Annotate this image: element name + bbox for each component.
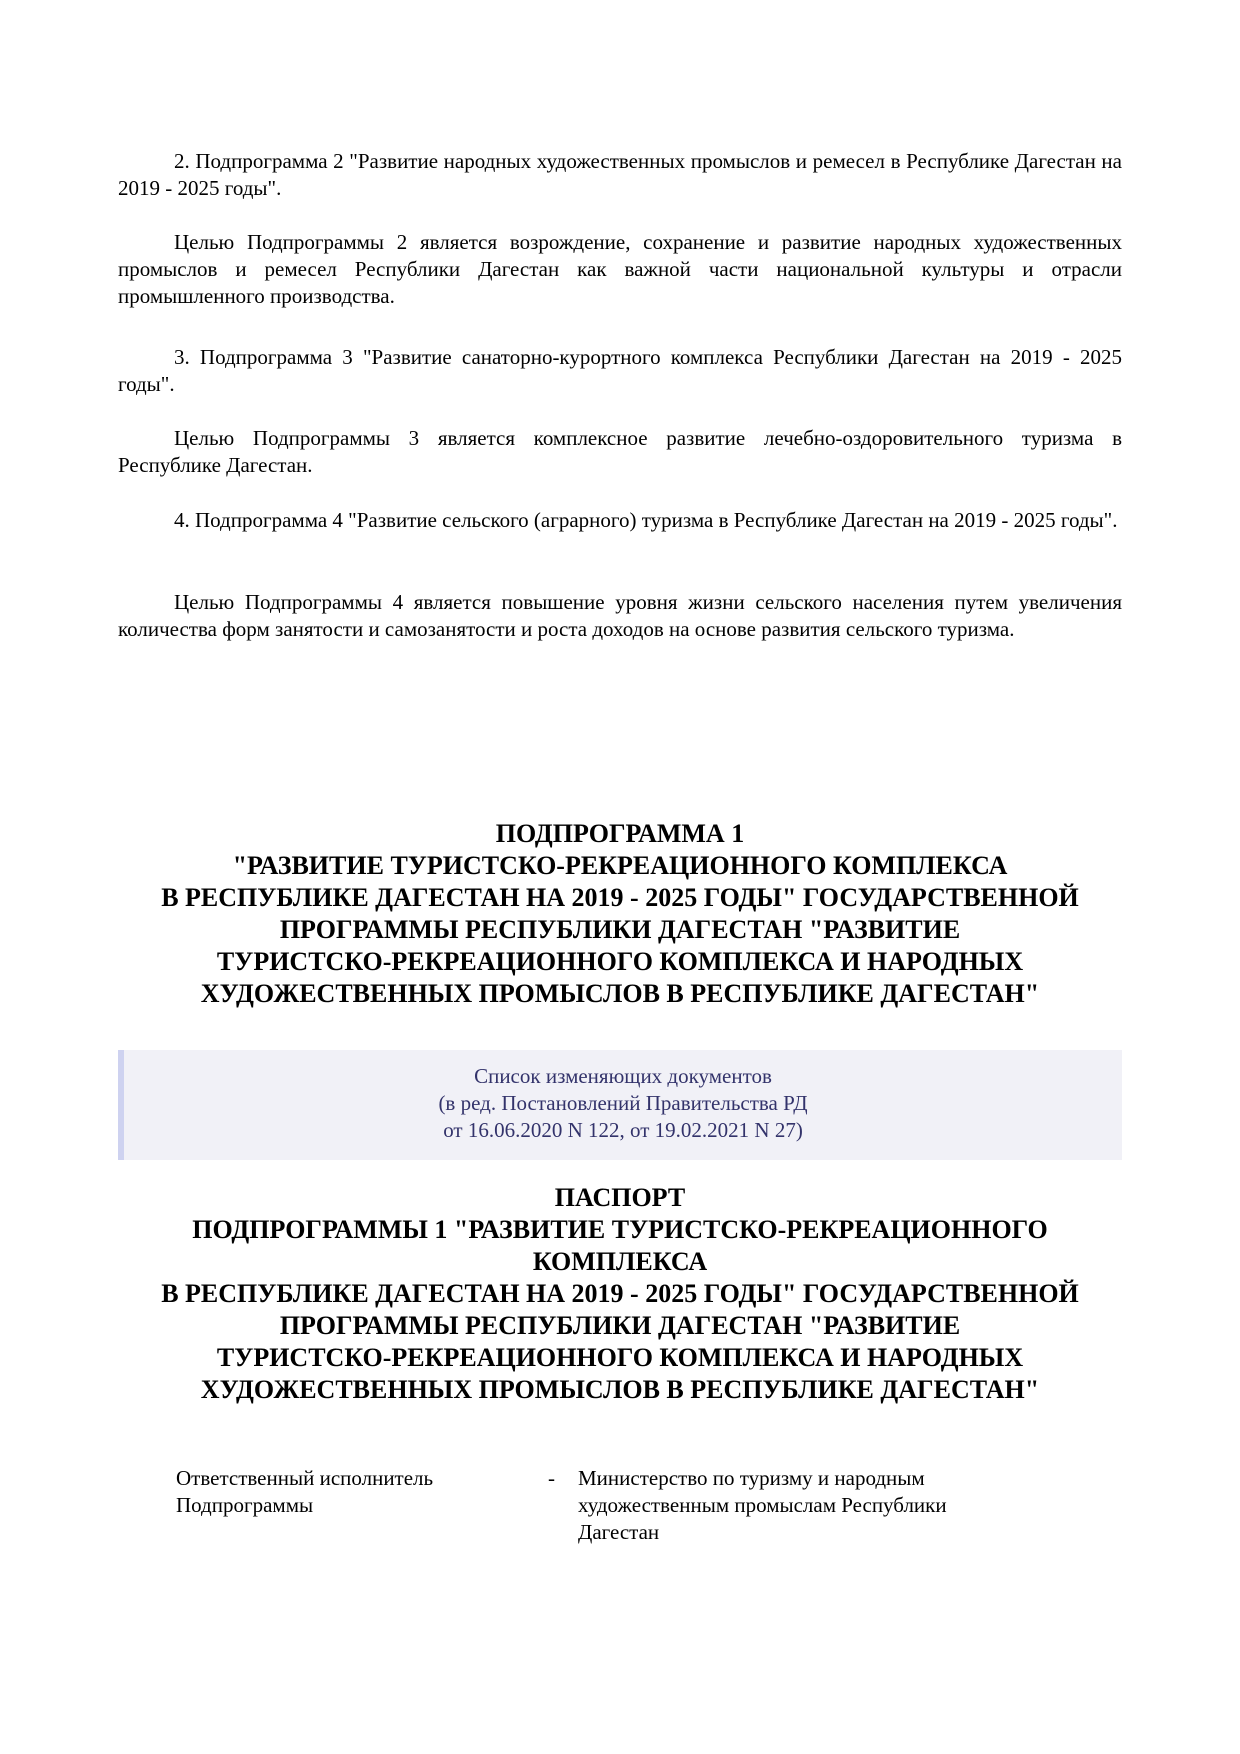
heading-line: ПРОГРАММЫ РЕСПУБЛИКИ ДАГЕСТАН "РАЗВИТИЕ xyxy=(118,914,1122,946)
passport-row-label: Ответственный исполнитель Подпрограммы xyxy=(176,1465,516,1519)
value-line: Министерство по туризму и народным xyxy=(578,1465,1058,1492)
heading-line: ХУДОЖЕСТВЕННЫХ ПРОМЫСЛОВ В РЕСПУБЛИКЕ ДА… xyxy=(118,978,1122,1010)
heading-line: ПОДПРОГРАММЫ 1 "РАЗВИТИЕ ТУРИСТСКО-РЕКРЕ… xyxy=(118,1214,1122,1246)
heading-line: В РЕСПУБЛИКЕ ДАГЕСТАН НА 2019 - 2025 ГОД… xyxy=(118,882,1122,914)
passport-heading: ПАСПОРТ ПОДПРОГРАММЫ 1 "РАЗВИТИЕ ТУРИСТС… xyxy=(118,1182,1122,1406)
amending-documents-title: Список изменяющих документов xyxy=(124,1063,1122,1090)
heading-line: КОМПЛЕКСА xyxy=(118,1246,1122,1278)
amending-documents-box: Список изменяющих документов (в ред. Пос… xyxy=(118,1050,1122,1160)
heading-line: В РЕСПУБЛИКЕ ДАГЕСТАН НА 2019 - 2025 ГОД… xyxy=(118,1278,1122,1310)
heading-line: "РАЗВИТИЕ ТУРИСТСКО-РЕКРЕАЦИОННОГО КОМПЛ… xyxy=(118,850,1122,882)
value-line: художественным промыслам Республики xyxy=(578,1492,1058,1519)
label-line: Подпрограммы xyxy=(176,1492,516,1519)
heading-line: ХУДОЖЕСТВЕННЫХ ПРОМЫСЛОВ В РЕСПУБЛИКЕ ДА… xyxy=(118,1374,1122,1406)
passport-row-value: Министерство по туризму и народным худож… xyxy=(578,1465,1058,1546)
subprogram-1-heading: ПОДПРОГРАММА 1 "РАЗВИТИЕ ТУРИСТСКО-РЕКРЕ… xyxy=(118,818,1122,1010)
value-line: Дагестан xyxy=(578,1519,1058,1546)
heading-line: ПАСПОРТ xyxy=(118,1182,1122,1214)
paragraph-subprogram-3-goal: Целью Подпрограммы 3 является комплексно… xyxy=(118,425,1122,479)
paragraph-subprogram-4: 4. Подпрограмма 4 "Развитие сельского (а… xyxy=(118,507,1122,534)
passport-row-separator: - xyxy=(548,1465,555,1492)
heading-line: ПРОГРАММЫ РЕСПУБЛИКИ ДАГЕСТАН "РАЗВИТИЕ xyxy=(118,1310,1122,1342)
paragraph-subprogram-2-goal: Целью Подпрограммы 2 является возрождени… xyxy=(118,229,1122,310)
heading-line: ПОДПРОГРАММА 1 xyxy=(118,818,1122,850)
heading-line: ТУРИСТСКО-РЕКРЕАЦИОННОГО КОМПЛЕКСА И НАР… xyxy=(118,1342,1122,1374)
paragraph-subprogram-4-goal: Целью Подпрограммы 4 является повышение … xyxy=(118,589,1122,643)
paragraph-subprogram-2: 2. Подпрограмма 2 "Развитие народных худ… xyxy=(118,148,1122,202)
label-line: Ответственный исполнитель xyxy=(176,1465,516,1492)
paragraph-subprogram-3: 3. Подпрограмма 3 "Развитие санаторно-ку… xyxy=(118,344,1122,398)
amending-documents-line: (в ред. Постановлений Правительства РД xyxy=(124,1090,1122,1117)
amending-documents-line: от 16.06.2020 N 122, от 19.02.2021 N 27) xyxy=(124,1117,1122,1144)
heading-line: ТУРИСТСКО-РЕКРЕАЦИОННОГО КОМПЛЕКСА И НАР… xyxy=(118,946,1122,978)
